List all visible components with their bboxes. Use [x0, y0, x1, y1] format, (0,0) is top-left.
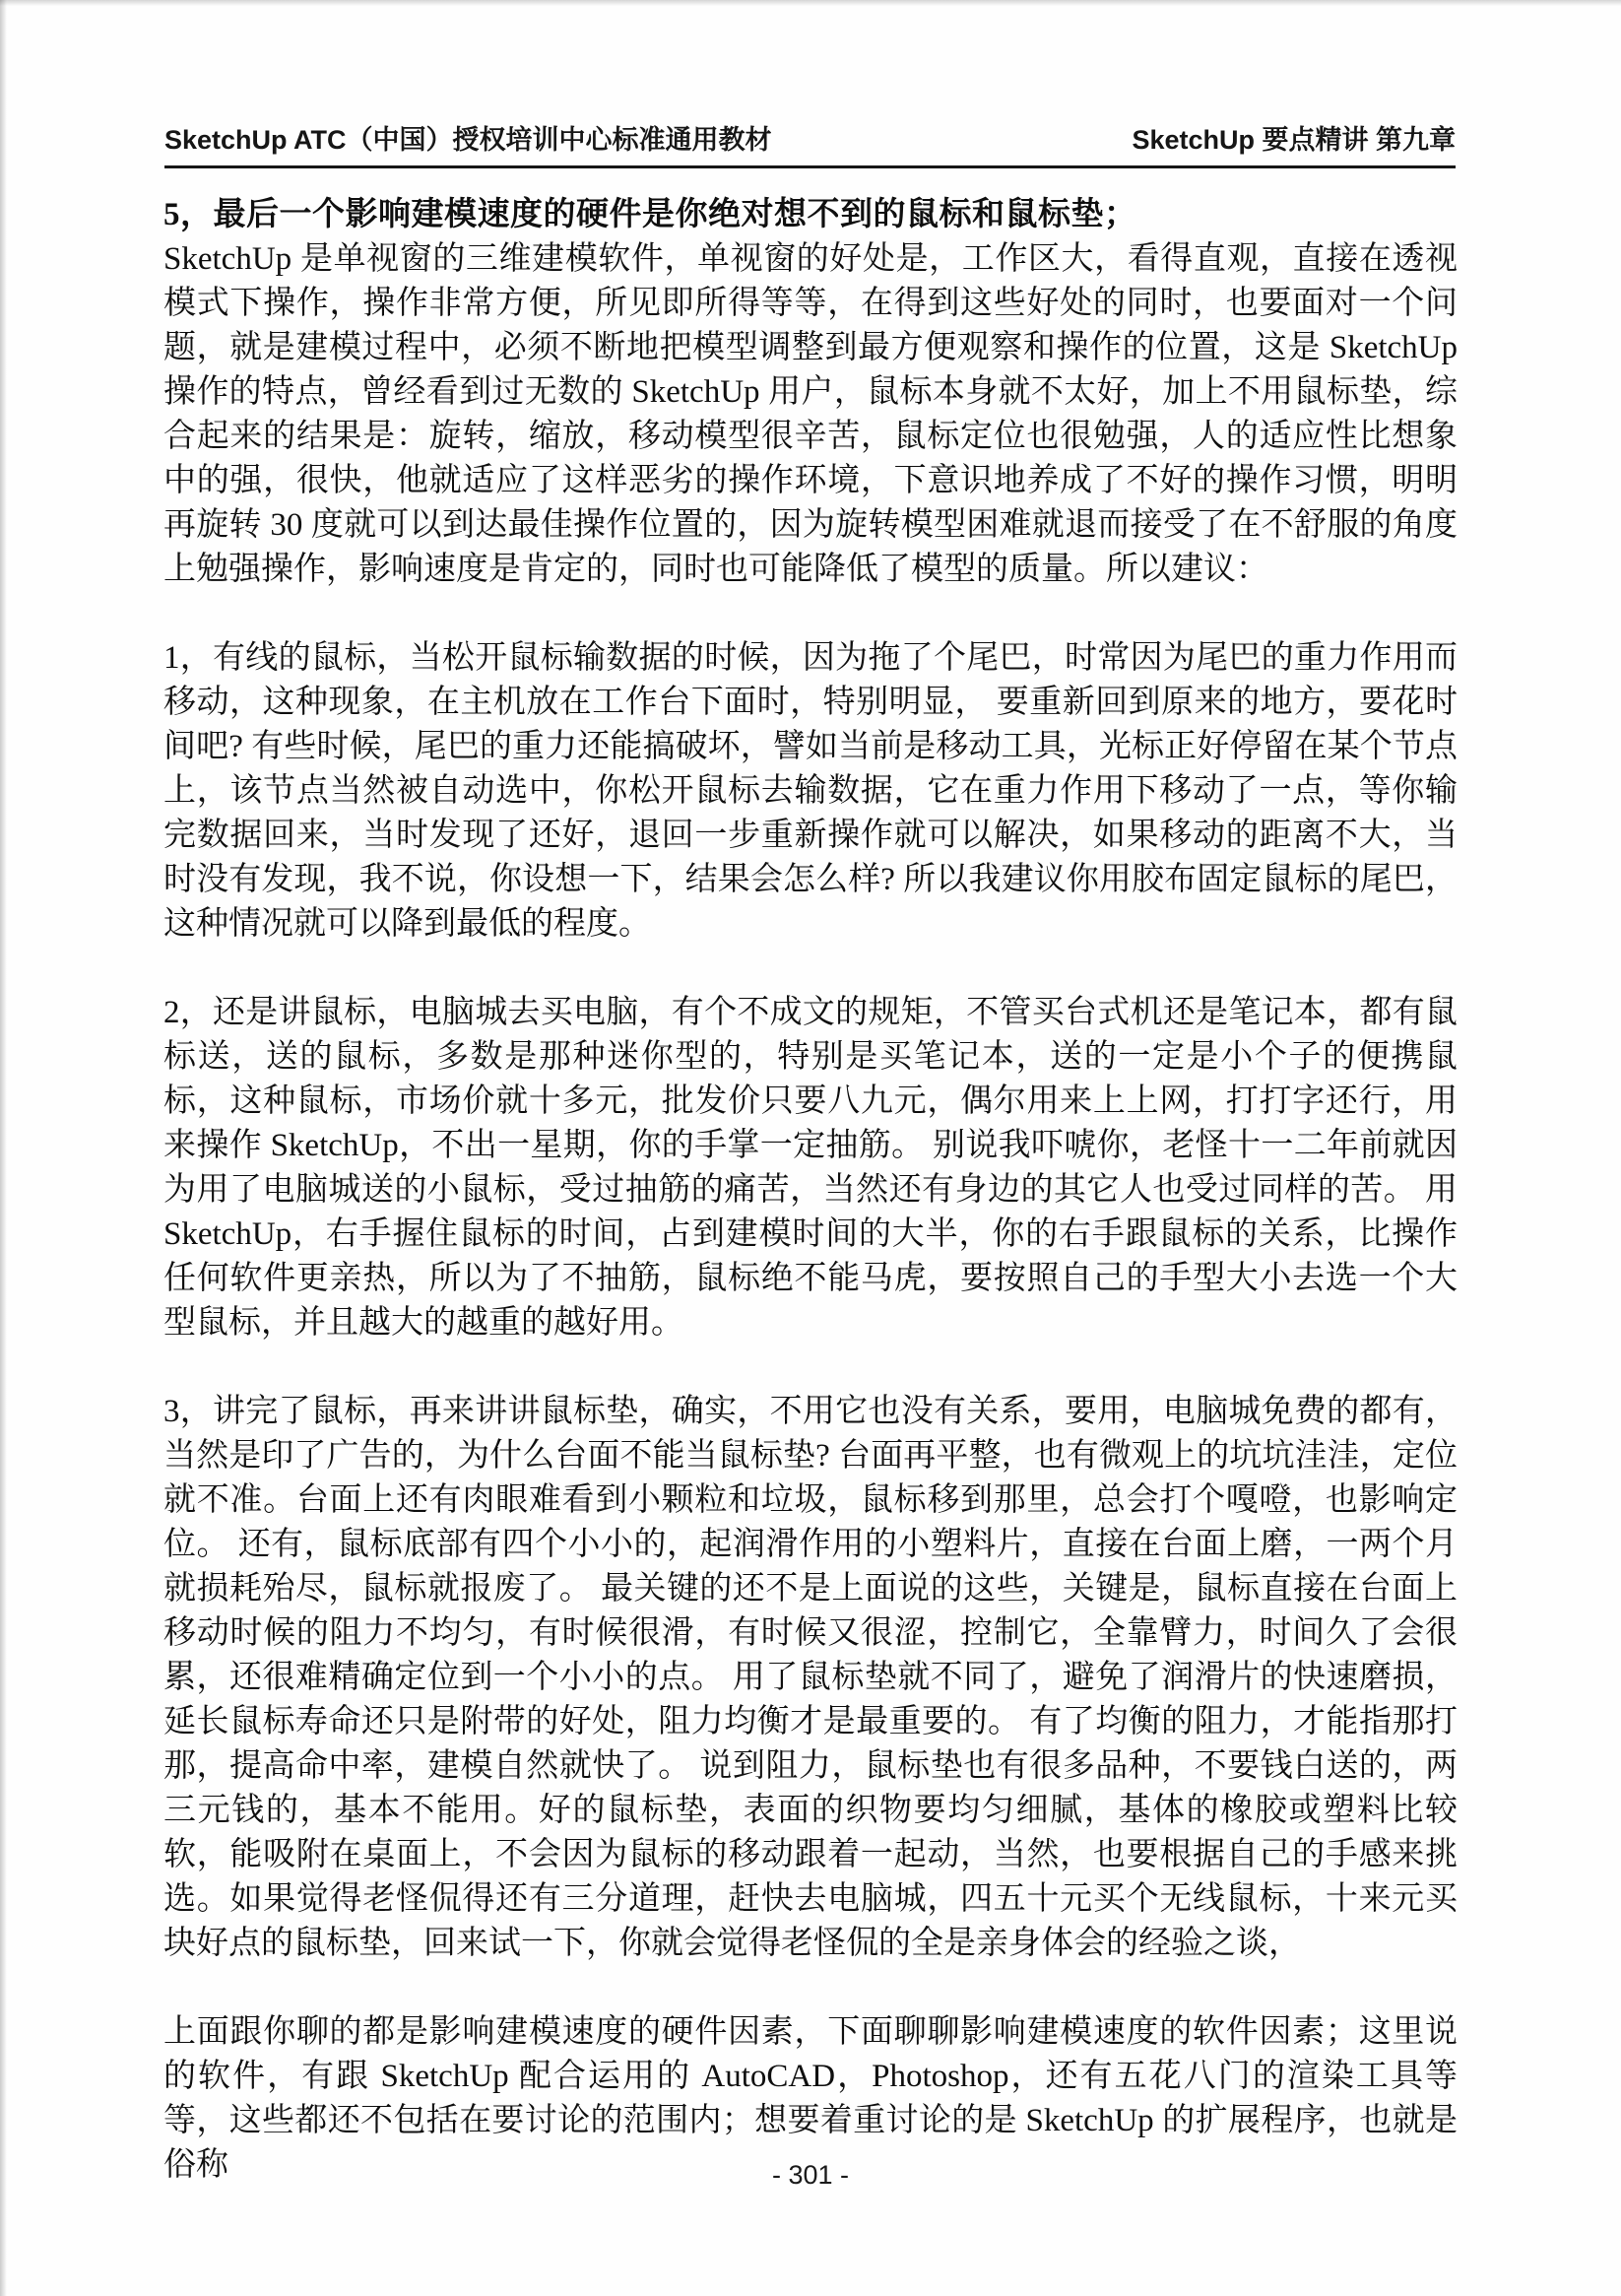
page-footer: - 301 -: [0, 2160, 1621, 2191]
paragraph: 2，还是讲鼠标，电脑城去买电脑，有个不成文的规矩，不管买台式机还是笔记本，都有鼠…: [163, 991, 1458, 1345]
page-header: SketchUp ATC（中国）授权培训中心标准通用教材 SketchUp 要点…: [164, 118, 1456, 168]
document-body: 5，最后一个影响建模速度的硬件是你绝对想不到的鼠标和鼠标垫； SketchUp …: [163, 193, 1458, 2188]
page-number: - 301 -: [772, 2160, 849, 2190]
paragraph: 3，讲完了鼠标，再来讲讲鼠标垫，确实，不用它也没有关系，要用，电脑城免费的都有，…: [163, 1390, 1458, 1966]
document-page: SketchUp ATC（中国）授权培训中心标准通用教材 SketchUp 要点…: [0, 0, 1621, 2296]
section-title: 5，最后一个影响建模速度的硬件是你绝对想不到的鼠标和鼠标垫；: [163, 193, 1458, 237]
paragraphs-container: SketchUp 是单视窗的三维建模软件，单视窗的好处是，工作区大，看得直观，直…: [163, 237, 1458, 2188]
header-left-title: SketchUp ATC（中国）授权培训中心标准通用教材: [164, 118, 772, 157]
paragraph: 1，有线的鼠标，当松开鼠标输数据的时候，因为拖了个尾巴，时常因为尾巴的重力作用而…: [163, 636, 1458, 947]
paragraph: SketchUp 是单视窗的三维建模软件，单视窗的好处是，工作区大，看得直观，直…: [163, 237, 1458, 592]
header-right-title: SketchUp 要点精讲 第九章: [1132, 118, 1456, 157]
